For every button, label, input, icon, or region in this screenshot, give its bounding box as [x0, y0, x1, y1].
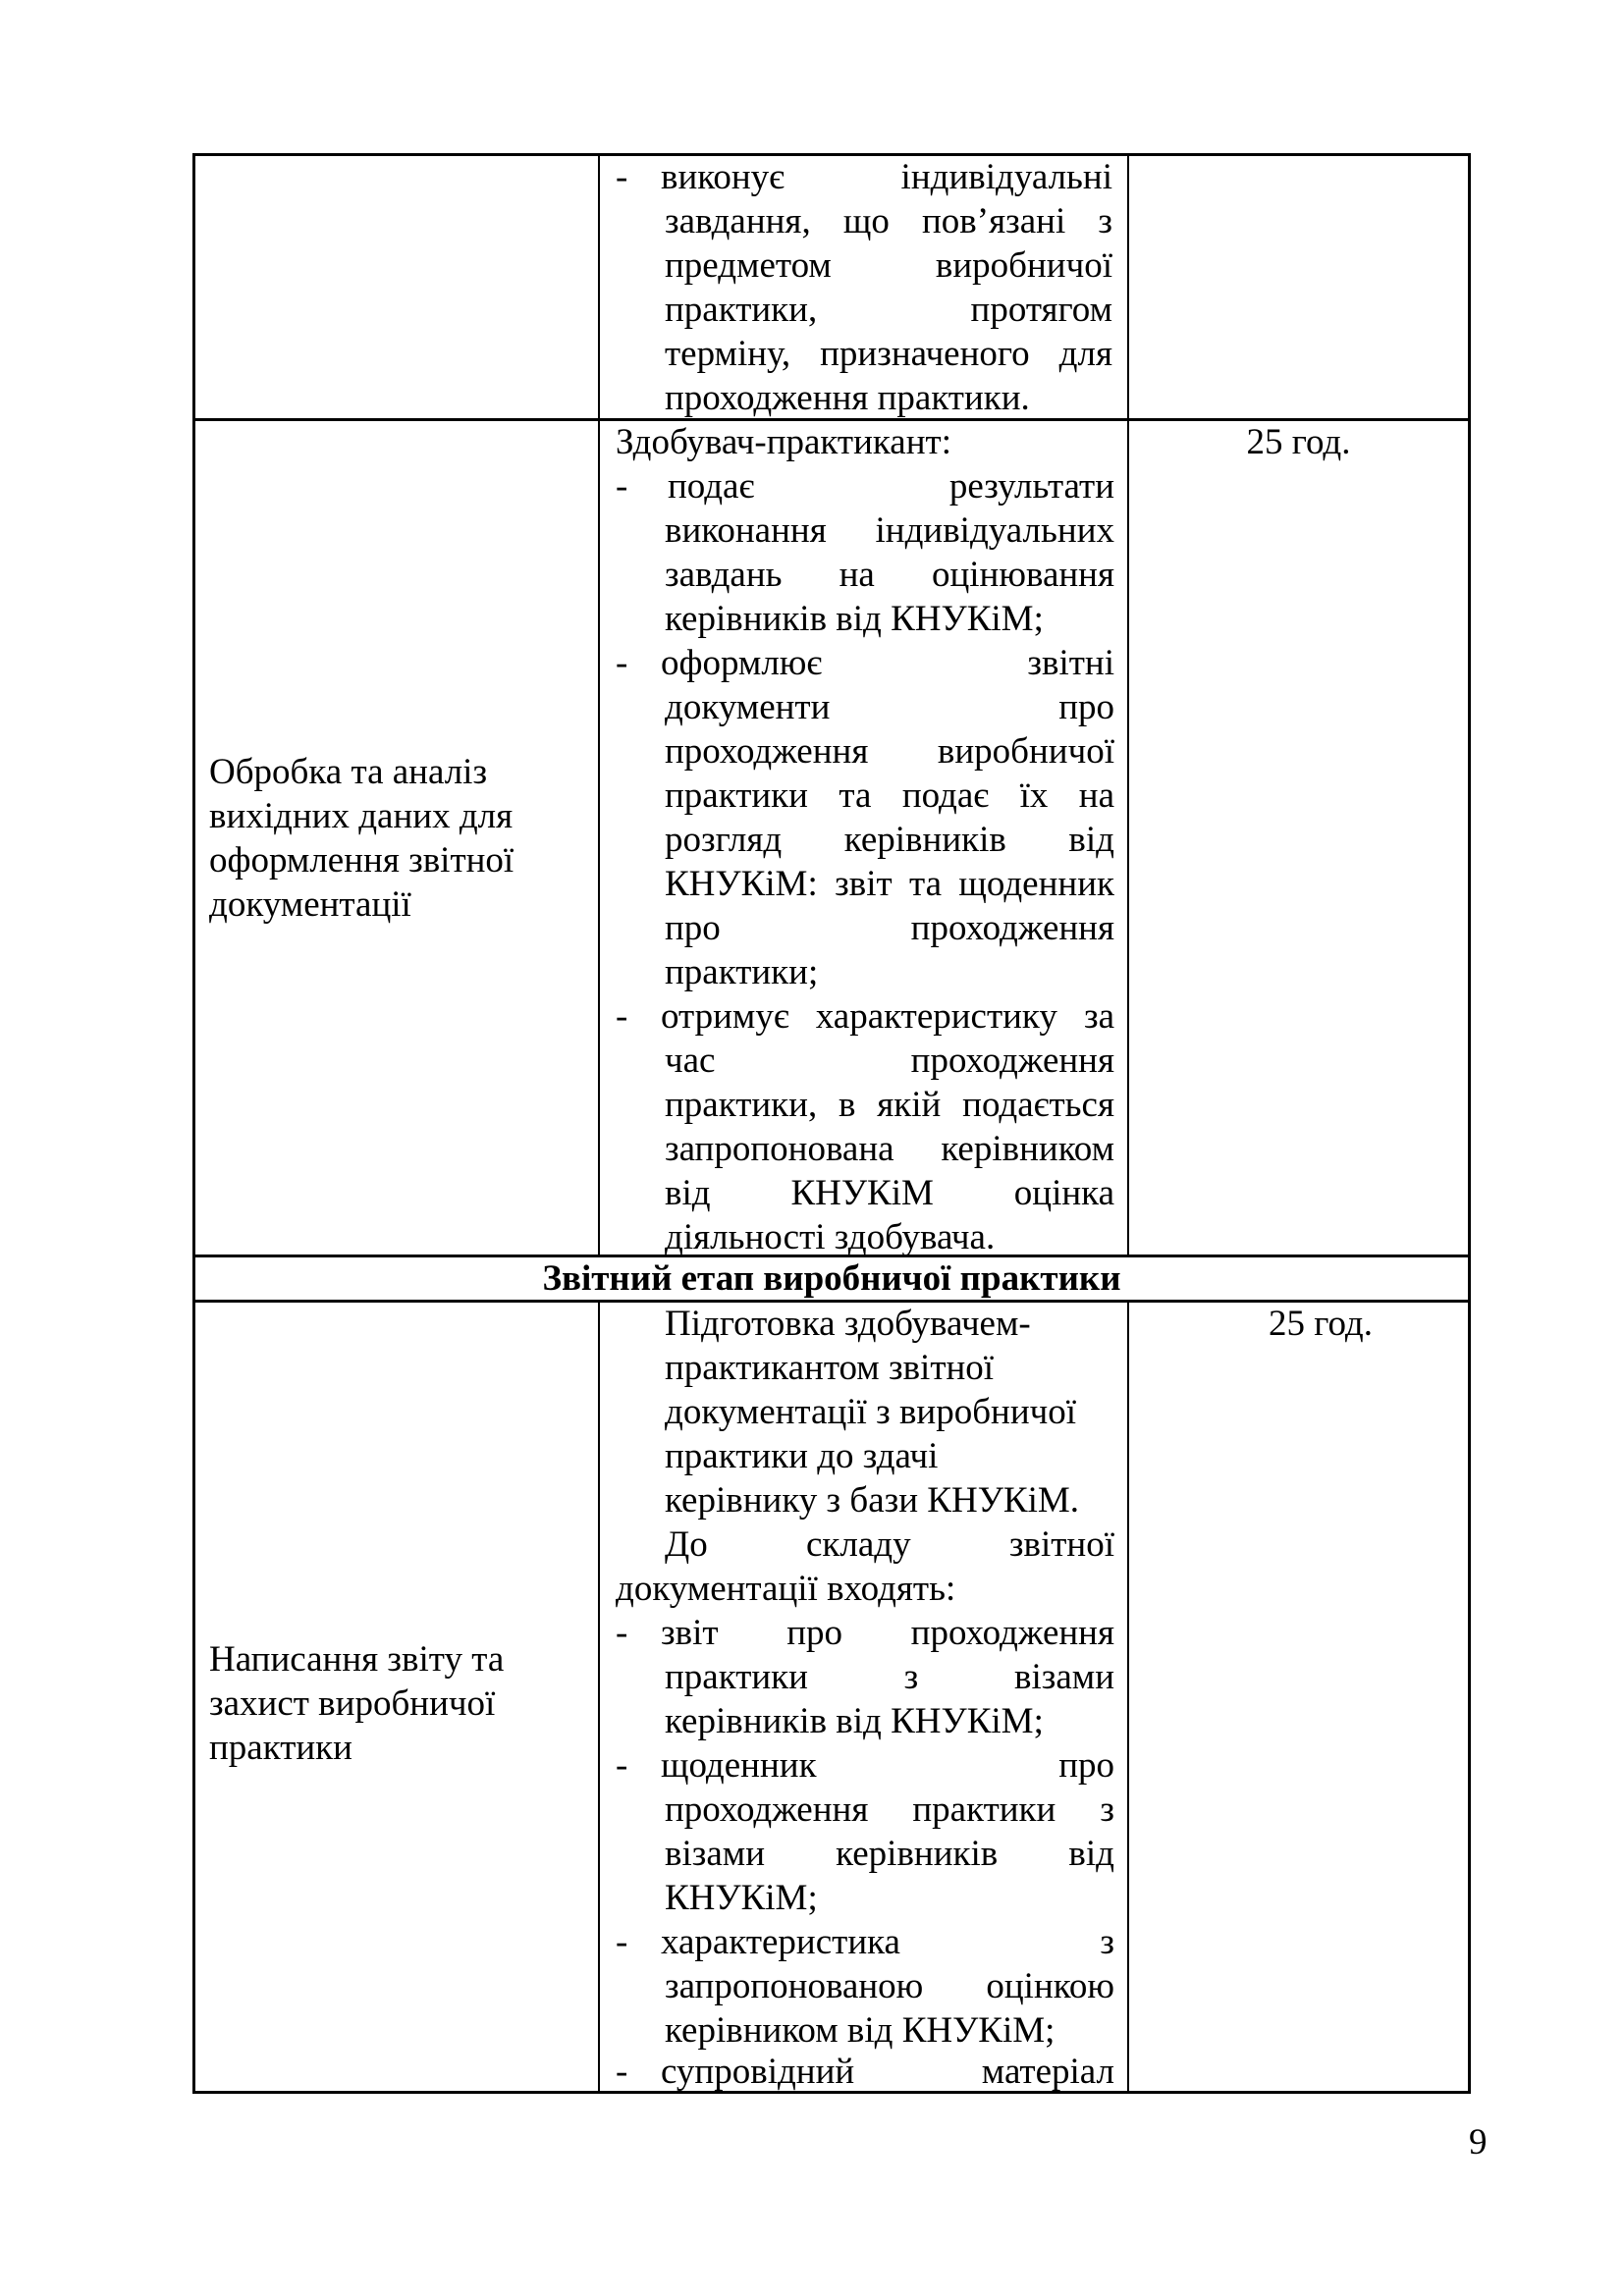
activity-line: документації з виробничої	[665, 1390, 1076, 1434]
bullet-marker: -	[616, 994, 627, 1039]
stage-line: документації	[209, 882, 411, 927]
activity-line: виконує індивідуальні	[661, 155, 1112, 199]
hours-cell: 25 год.	[1129, 420, 1468, 464]
activity-line: виконання індивідуальних	[665, 508, 1114, 553]
column-divider	[598, 1301, 600, 2092]
activity-line: про проходження	[665, 906, 1114, 950]
activity-line: керівнику з бази КНУКіМ.	[665, 1478, 1079, 1522]
activity-line: щоденник про	[661, 1743, 1114, 1788]
column-divider	[1127, 153, 1129, 1255]
stage-line: оформлення звітної	[209, 838, 514, 882]
activity-line: від КНУКіМ оцінка	[665, 1171, 1114, 1215]
activity-line: практики та подає їх на	[665, 774, 1114, 818]
activity-line: керівником від КНУКіМ;	[665, 2008, 1055, 2053]
activity-line: характеристика з	[661, 1920, 1114, 1964]
activity-line: Здобувач-практикант:	[616, 420, 951, 464]
activity-line: час проходження	[665, 1039, 1114, 1083]
stage-line: практики	[209, 1726, 352, 1770]
column-divider	[598, 153, 600, 1255]
activity-line: отримує характеристику за	[661, 994, 1114, 1039]
activity-line: КНУКіМ;	[665, 1876, 818, 1920]
table-border-left	[192, 153, 195, 2094]
column-divider	[1127, 1301, 1129, 2092]
activity-line: керівників від КНУКіМ;	[665, 597, 1044, 641]
activity-line: практикантом звітної	[665, 1346, 994, 1390]
activity-line: КНУКіМ: звіт та щоденник	[665, 862, 1114, 906]
activity-line: практики з візами	[665, 1655, 1114, 1699]
bullet-marker: -	[616, 2050, 627, 2094]
activity-line: керівників від КНУКіМ;	[665, 1699, 1044, 1743]
section-title: Звітний етап виробничої практики	[195, 1256, 1468, 1301]
activity-line: розгляд керівників від	[665, 818, 1114, 862]
activity-line: візами керівників від	[665, 1832, 1114, 1876]
activity-line: проходження виробничої	[665, 729, 1114, 774]
stage-line: Написання звіту та	[209, 1637, 504, 1682]
page-number: 9	[1469, 2120, 1488, 2164]
bullet-marker: -	[616, 155, 627, 199]
bullet-marker: -	[616, 1611, 627, 1655]
activity-line: запропонованою оцінкою	[665, 1964, 1114, 2008]
bullet-marker: -	[616, 1743, 627, 1788]
stage-line: Обробка та аналіз	[209, 750, 487, 794]
document-page: - виконує індивідуальні завдання, що пов…	[0, 0, 1624, 2296]
table-border-right	[1468, 153, 1471, 2094]
activity-line: документації входять:	[616, 1567, 955, 1611]
activity-line: проходження практики.	[665, 376, 1030, 420]
activity-line: практики, в якій подається	[665, 1083, 1114, 1127]
activity-line: супровідний матеріал	[661, 2050, 1114, 2094]
bullet-marker: -	[616, 641, 627, 685]
bullet-marker: -	[616, 1920, 627, 1964]
activity-line: практики до здачі	[665, 1434, 938, 1478]
activity-line: практики;	[665, 950, 818, 994]
activity-line: проходження практики з	[665, 1788, 1114, 1832]
activity-line: предметом виробничої	[665, 243, 1112, 288]
activity-line: запропонована керівником	[665, 1127, 1114, 1171]
hours-cell: 25 год.	[1129, 1302, 1512, 1346]
activity-line: завдань на оцінювання	[665, 553, 1114, 597]
activity-line: До складу звітної	[665, 1522, 1114, 1567]
activity-line: практики, протягом	[665, 288, 1112, 332]
activity-line: Підготовка здобувачем-	[665, 1302, 1031, 1346]
activity-line: завдання, що пов’язані з	[665, 199, 1112, 243]
activity-line: оформлює звітні	[661, 641, 1114, 685]
activity-line: подає результати	[668, 464, 1114, 508]
activity-line: документи про	[665, 685, 1114, 729]
stage-line: вихідних даних для	[209, 794, 513, 838]
stage-line: захист виробничої	[209, 1682, 495, 1726]
bullet-marker: -	[616, 464, 627, 508]
activity-line: діяльності здобувача.	[665, 1215, 995, 1259]
activity-line: звіт про проходження	[661, 1611, 1114, 1655]
activity-line: терміну, призначеного для	[665, 332, 1112, 376]
